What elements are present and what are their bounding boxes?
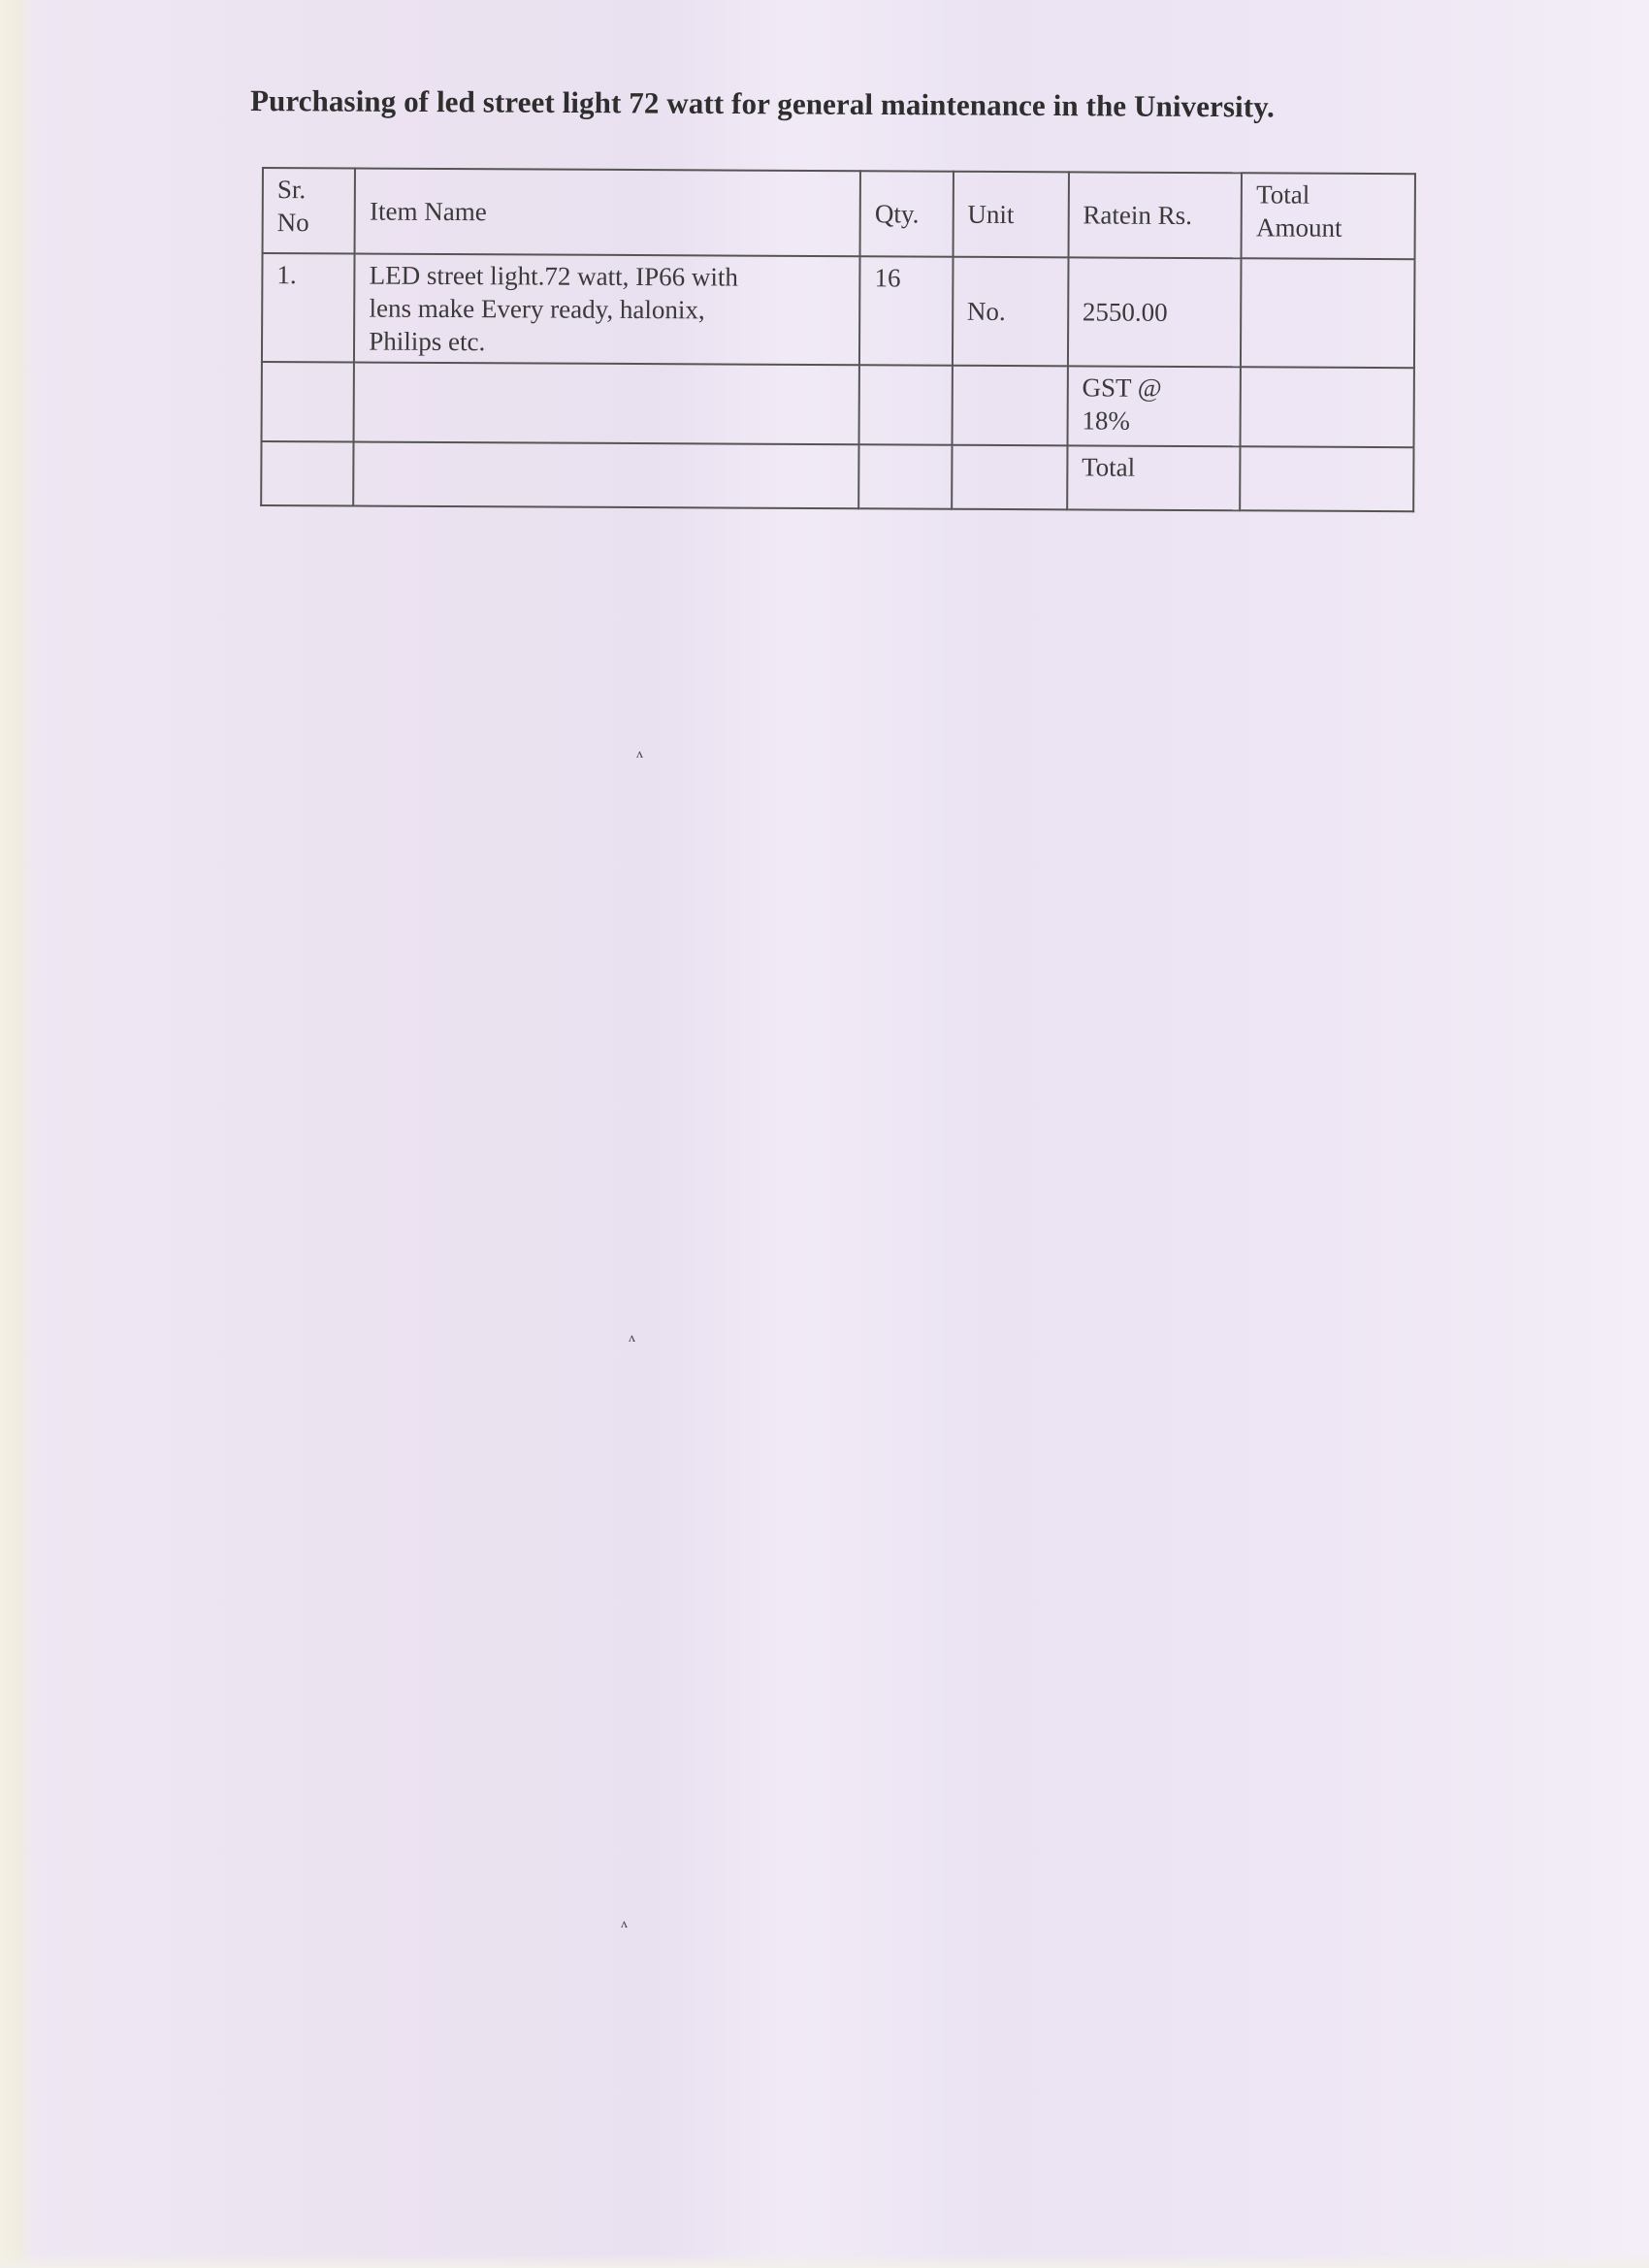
cell-unit: No. — [953, 257, 1069, 367]
total-amount — [1240, 446, 1413, 511]
cell-rate: 2550.00 — [1068, 257, 1242, 367]
paper-left-edge — [0, 0, 33, 2268]
gst-empty-item — [354, 363, 859, 445]
item-name-line1: LED street light.72 watt, IP66 with — [370, 259, 846, 295]
gst-amount — [1241, 367, 1414, 447]
item-name-line3: Philips etc. — [369, 325, 845, 361]
cell-total-amount — [1241, 258, 1414, 368]
items-table: Sr. No Item Name Qty. Unit Ratein Rs. To… — [260, 167, 1416, 512]
scan-mark: ᴧ — [636, 747, 643, 762]
header-rate: Ratein Rs. — [1068, 172, 1242, 258]
gst-empty-qty — [859, 365, 953, 444]
header-sr-no-line2: No — [277, 206, 340, 239]
cell-sr-no: 1. — [262, 253, 355, 362]
scan-mark: ᴧ — [629, 1331, 635, 1346]
gst-empty-sr — [262, 362, 355, 441]
paper-bottom-edge — [0, 2254, 1649, 2268]
header-total-amount-line1: Total — [1256, 178, 1401, 211]
gst-empty-unit — [952, 366, 1067, 446]
table-row: 1. LED street light.72 watt, IP66 with l… — [262, 253, 1415, 368]
total-empty-unit — [952, 445, 1067, 510]
cell-item-name: LED street light.72 watt, IP66 with lens… — [354, 254, 859, 366]
table-header-row: Sr. No Item Name Qty. Unit Ratein Rs. To… — [263, 168, 1415, 259]
header-total-amount: Total Amount — [1242, 173, 1415, 259]
header-item-name: Item Name — [355, 169, 860, 257]
total-row: Total — [261, 441, 1413, 511]
header-sr-no: Sr. No — [263, 168, 356, 253]
header-unit: Unit — [953, 172, 1069, 258]
gst-label: GST @ 18% — [1067, 366, 1241, 446]
cell-qty: 16 — [859, 256, 953, 365]
gst-row: GST @ 18% — [262, 362, 1414, 447]
total-empty-qty — [858, 444, 952, 508]
total-empty-item — [353, 442, 858, 509]
document-title: Purchasing of led street light 72 watt f… — [250, 83, 1463, 126]
total-empty-sr — [261, 441, 354, 505]
scan-mark: ᴧ — [621, 1917, 628, 1932]
gst-label-line1: GST @ — [1082, 371, 1226, 405]
total-label: Total — [1067, 445, 1241, 510]
item-name-line2: lens make Every ready, halonix, — [369, 292, 845, 328]
header-sr-no-line1: Sr. — [277, 173, 340, 206]
gst-label-line2: 18% — [1082, 404, 1226, 437]
header-qty: Qty. — [860, 171, 954, 256]
header-total-amount-line2: Amount — [1256, 211, 1401, 244]
